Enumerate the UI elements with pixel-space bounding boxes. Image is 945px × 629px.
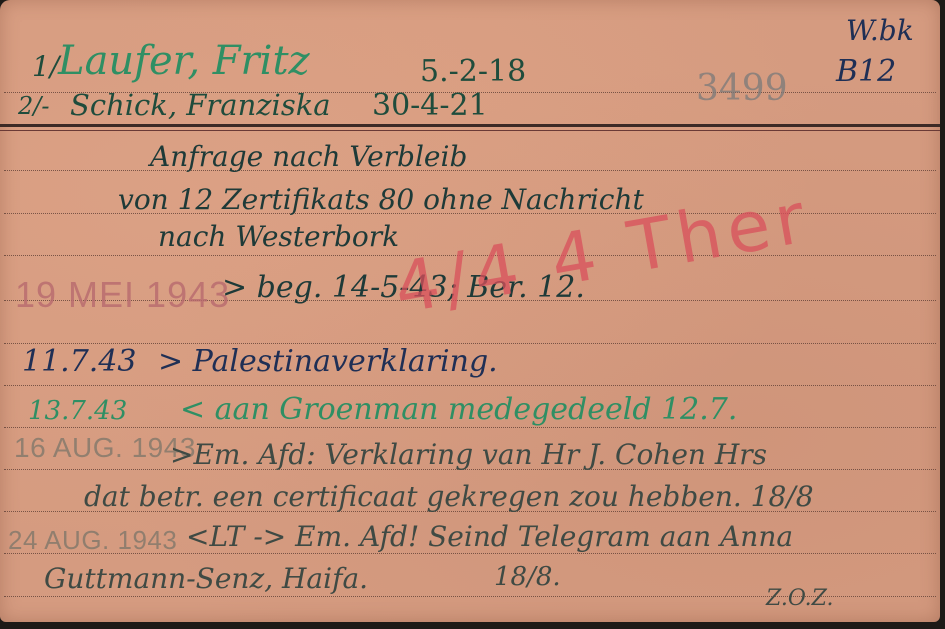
dotted-line: [4, 170, 936, 171]
person-2-birthdate: 30-4-21: [372, 88, 488, 123]
signature-zoz: Z.O.Z.: [766, 586, 834, 611]
person-1-birthdate: 5.-2-18: [420, 54, 526, 89]
entry-palestine-date: 11.7.43: [22, 344, 137, 379]
person-2-index: 2/-: [18, 92, 49, 120]
header-rule-thin: [0, 130, 940, 131]
entry-groenman-date: 13.7.43: [28, 396, 127, 426]
person-2-name: Schick, Franziska: [70, 88, 331, 122]
entry-aug16-line2: dat betr. een certificaat gekregen zou h…: [84, 480, 814, 513]
corner-code-line1: W.bk: [846, 14, 914, 47]
entry-aug24-date: 18/8.: [494, 562, 561, 592]
date-stamp-aug16-1943: 16 AUG. 1943: [14, 432, 196, 464]
entry-aug16-line1: >Em. Afd: Verklaring van Hr J. Cohen Hrs: [170, 438, 767, 471]
entry-groenman-text: < aan Groenman medegedeeld 12.7.: [180, 392, 737, 427]
registration-card: 1/ Laufer, Fritz 5.-2-18 2/- Schick, Fra…: [0, 0, 940, 622]
entry-line-3: nach Westerbork: [158, 220, 399, 253]
entry-line-1: Anfrage nach Verbleib: [150, 140, 467, 173]
corner-code-line2: B12: [836, 54, 896, 89]
person-1-index: 1/: [32, 50, 59, 83]
entry-palestine-text: > Palestinaverklaring.: [158, 344, 498, 379]
file-number-stamp: 3499: [696, 68, 788, 109]
person-1-name: Laufer, Fritz: [58, 38, 310, 84]
entry-aug24-line2: Guttmann-Senz, Haifa.: [44, 562, 368, 595]
date-stamp-may-1943: 19 MEI 1943: [15, 274, 230, 316]
header-rule: [0, 124, 940, 127]
entry-line-2: von 12 Zertifikats 80 ohne Nachricht: [118, 183, 644, 216]
date-stamp-aug24-1943: 24 AUG. 1943: [8, 525, 177, 556]
dotted-line: [4, 427, 936, 428]
entry-aug24-line1: <LT -> Em. Afd! Seind Telegram aan Anna: [186, 520, 793, 553]
dotted-line: [4, 385, 936, 386]
